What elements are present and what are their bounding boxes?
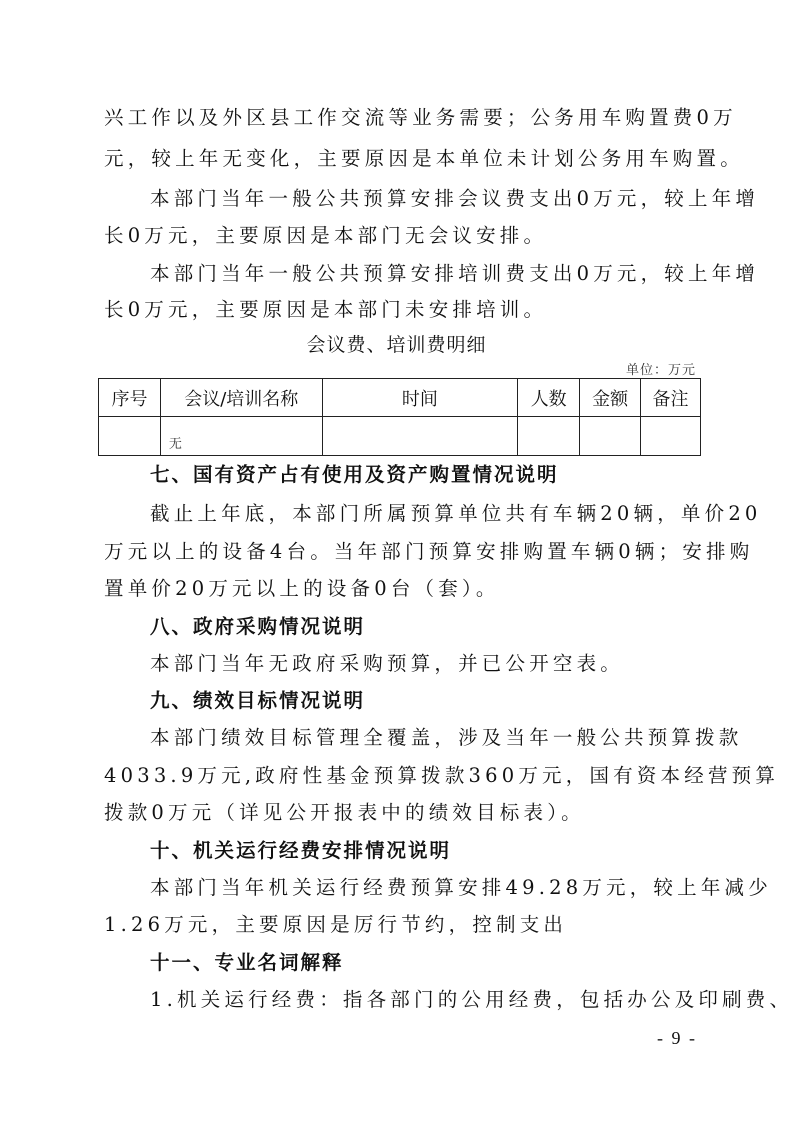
section-heading: 八、政府采购情况说明 [150,615,710,639]
table-cell [518,417,580,456]
paragraph-line: 1.机关运行经费：指各部门的公用经费，包括办公及印刷费、 [150,988,710,1012]
column-header: 人数 [518,379,580,417]
column-header: 时间 [322,379,518,417]
page-number: - 9 - [657,1028,697,1049]
paragraph-line: 兴工作以及外区县工作交流等业务需要；公务用车购置费0万 [104,106,704,130]
paragraph-line: 本部门当年无政府采购预算，并已公开空表。 [150,652,710,676]
section-heading: 十一、专业名词解释 [150,951,710,975]
paragraph-line: 本部门当年一般公共预算安排会议费支出0万元，较上年增 [150,187,710,211]
table-cell [641,417,701,456]
paragraph-line: 1.26万元，主要原因是厉行节约，控制支出 [104,913,704,937]
table-cell [580,417,641,456]
table-row: 无 [99,417,701,456]
paragraph-line: 本部门当年一般公共预算安排培训费支出0万元，较上年增 [150,262,710,286]
section-heading: 十、机关运行经费安排情况说明 [150,839,710,863]
paragraph-line: 万元以上的设备4台。当年部门预算安排购置车辆0辆；安排购 [104,540,704,564]
paragraph-line: 4033.9万元,政府性基金预算拨款360万元，国有资本经营预算 [104,764,704,788]
section-heading: 七、国有资产占有使用及资产购置情况说明 [150,463,710,487]
table-header-row: 序号 会议/培训名称 时间 人数 金额 备注 [99,379,701,417]
paragraph-line: 长0万元，主要原因是本部门未安排培训。 [104,298,704,322]
table-unit-label: 单位：万元 [626,359,696,378]
paragraph-line: 元，较上年无变化，主要原因是本单位未计划公务用车购置。 [104,147,704,171]
column-header: 序号 [99,379,161,417]
paragraph-line: 截止上年底，本部门所属预算单位共有车辆20辆，单价20 [150,502,710,526]
column-header: 金额 [580,379,641,417]
table-caption: 会议费、培训费明细 [0,330,793,357]
paragraph-line: 拨款0万元（详见公开报表中的绩效目标表）。 [104,801,704,825]
column-header: 会议/培训名称 [160,379,322,417]
paragraph-line: 本部门当年机关运行经费预算安排49.28万元，较上年减少 [150,876,710,900]
section-heading: 九、绩效目标情况说明 [150,689,710,713]
meeting-training-table: 序号 会议/培训名称 时间 人数 金额 备注 无 [98,378,701,456]
paragraph-line: 置单价20万元以上的设备0台（套）。 [104,577,704,601]
column-header: 备注 [641,379,701,417]
table-cell [322,417,518,456]
paragraph-line: 长0万元，主要原因是本部门无会议安排。 [104,224,704,248]
table-cell: 无 [160,417,322,456]
table-cell [99,417,161,456]
paragraph-line: 本部门绩效目标管理全覆盖，涉及当年一般公共预算拨款 [150,726,710,750]
